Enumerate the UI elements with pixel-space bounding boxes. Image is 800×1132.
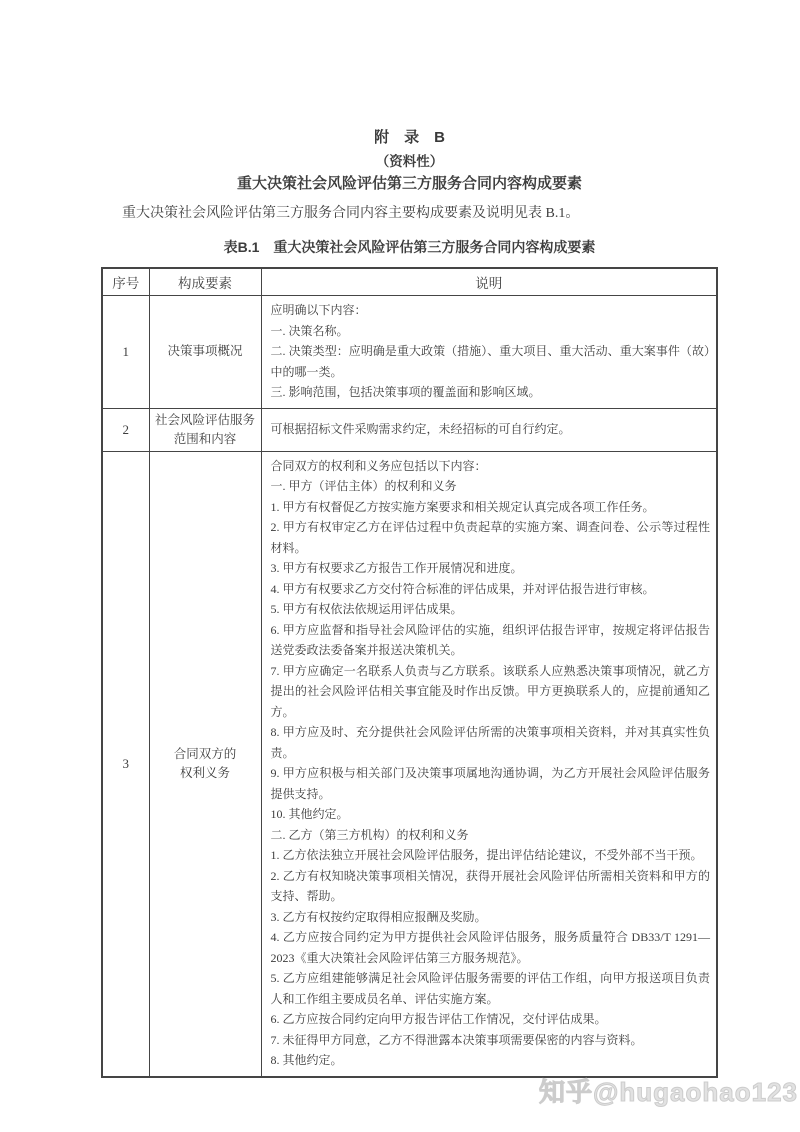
- description-paragraph: 8. 甲方应及时、充分提供社会风险评估所需的决策事项相关资料，并对其真实性负责。: [271, 722, 711, 763]
- appendix-title: 重大决策社会风险评估第三方服务合同内容构成要素: [101, 175, 718, 193]
- description-paragraph: 9. 甲方应积极与相关部门及决策事项属地沟通协调，为乙方开展社会风险评估服务提供…: [271, 763, 711, 804]
- description-paragraph: 2. 乙方有权知晓决策事项相关情况，获得开展社会风险评估所需相关资料和甲方的支持…: [271, 866, 711, 907]
- table-caption: 表B.1 重大决策社会风险评估第三方服务合同内容构成要素: [101, 239, 718, 256]
- header-cell-description: 说明: [261, 268, 717, 296]
- table-row: 2 社会风险评估服务范围和内容 可根据招标文件采购需求约定，未经招标的可自行约定…: [102, 408, 717, 451]
- row-number-cell: 2: [102, 408, 149, 451]
- description-paragraph: 4. 乙方应按合同约定为甲方提供社会风险评估服务，服务质量符合 DB33/T 1…: [271, 927, 711, 968]
- header-cell-element: 构成要素: [149, 268, 261, 296]
- description-paragraph: 二. 乙方（第三方机构）的权利和义务: [271, 825, 711, 846]
- description-paragraph: 6. 甲方应监督和指导社会风险评估的实施，组织评估报告评审，按规定将评估报告送党…: [271, 620, 711, 661]
- element-name-cell: 社会风险评估服务范围和内容: [149, 408, 261, 451]
- description-paragraph: 1. 乙方依法独立开展社会风险评估服务，提出评估结论建议，不受外部不当干预。: [271, 845, 711, 866]
- description-paragraph: 可根据招标文件采购需求约定，未经招标的可自行约定。: [271, 419, 711, 440]
- description-paragraph: 5. 乙方应组建能够满足社会风险评估服务需要的评估工作组，向甲方报送项目负责人和…: [271, 968, 711, 1009]
- table-header-row: 序号 构成要素 说明: [102, 268, 717, 296]
- description-paragraph: 8. 其他约定。: [271, 1050, 711, 1071]
- description-paragraph: 1. 甲方有权督促乙方按实施方案要求和相关规定认真完成各项工作任务。: [271, 497, 711, 518]
- description-cell: 应明确以下内容：一. 决策名称。二. 决策类型：应明确是重大政策（措施）、重大项…: [261, 296, 717, 409]
- row-number-cell: 3: [102, 451, 149, 1077]
- description-paragraph: 应明确以下内容：: [271, 300, 711, 321]
- table-body: 1 决策事项概况 应明确以下内容：一. 决策名称。二. 决策类型：应明确是重大政…: [102, 296, 717, 1077]
- appendix-label: 附 录 B: [101, 129, 718, 147]
- elements-table: 序号 构成要素 说明 1 决策事项概况 应明确以下内容：一. 决策名称。二. 决…: [101, 267, 718, 1078]
- header-cell-number: 序号: [102, 268, 149, 296]
- description-paragraph: 4. 甲方有权要求乙方交付符合标准的评估成果，并对评估报告进行审核。: [271, 579, 711, 600]
- description-paragraph: 二. 决策类型：应明确是重大政策（措施）、重大项目、重大活动、重大案事件（故）中…: [271, 341, 711, 382]
- description-cell: 合同双方的权利和义务应包括以下内容：一. 甲方（评估主体）的权利和义务1. 甲方…: [261, 451, 717, 1077]
- description-paragraph: 3. 乙方有权按约定取得相应报酬及奖励。: [271, 907, 711, 928]
- description-paragraph: 一. 决策名称。: [271, 321, 711, 342]
- row-number-cell: 1: [102, 296, 149, 409]
- table-row: 1 决策事项概况 应明确以下内容：一. 决策名称。二. 决策类型：应明确是重大政…: [102, 296, 717, 409]
- intro-paragraph: 重大决策社会风险评估第三方服务合同内容主要构成要素及说明见表 B.1。: [101, 205, 718, 223]
- description-paragraph: 一. 甲方（评估主体）的权利和义务: [271, 476, 711, 497]
- document-page: 附 录 B （资料性） 重大决策社会风险评估第三方服务合同内容构成要素 重大决策…: [0, 0, 800, 1132]
- description-paragraph: 5. 甲方有权依法依规运用评估成果。: [271, 599, 711, 620]
- description-paragraph: 2. 甲方有权审定乙方在评估过程中负责起草的实施方案、调查问卷、公示等过程性材料…: [271, 517, 711, 558]
- table-row: 3 合同双方的权利义务 合同双方的权利和义务应包括以下内容：一. 甲方（评估主体…: [102, 451, 717, 1077]
- description-paragraph: 7. 甲方应确定一名联系人负责与乙方联系。该联系人应熟悉决策事项情况，就乙方提出…: [271, 661, 711, 723]
- watermark: 知乎@hugaohao123: [539, 1072, 798, 1109]
- description-paragraph: 6. 乙方应按合同约定向甲方报告评估工作情况，交付评估成果。: [271, 1009, 711, 1030]
- description-paragraph: 10. 其他约定。: [271, 804, 711, 825]
- description-paragraph: 3. 甲方有权要求乙方报告工作开展情况和进度。: [271, 558, 711, 579]
- description-cell: 可根据招标文件采购需求约定，未经招标的可自行约定。: [261, 408, 717, 451]
- page-content: 附 录 B （资料性） 重大决策社会风险评估第三方服务合同内容构成要素 重大决策…: [101, 0, 718, 1078]
- description-paragraph: 三. 影响范围，包括决策事项的覆盖面和影响区域。: [271, 382, 711, 403]
- element-name-cell: 合同双方的权利义务: [149, 451, 261, 1077]
- description-paragraph: 合同双方的权利和义务应包括以下内容：: [271, 456, 711, 477]
- appendix-type: （资料性）: [101, 153, 718, 170]
- description-paragraph: 7. 未征得甲方同意，乙方不得泄露本决策事项需要保密的内容与资料。: [271, 1030, 711, 1051]
- element-name-cell: 决策事项概况: [149, 296, 261, 409]
